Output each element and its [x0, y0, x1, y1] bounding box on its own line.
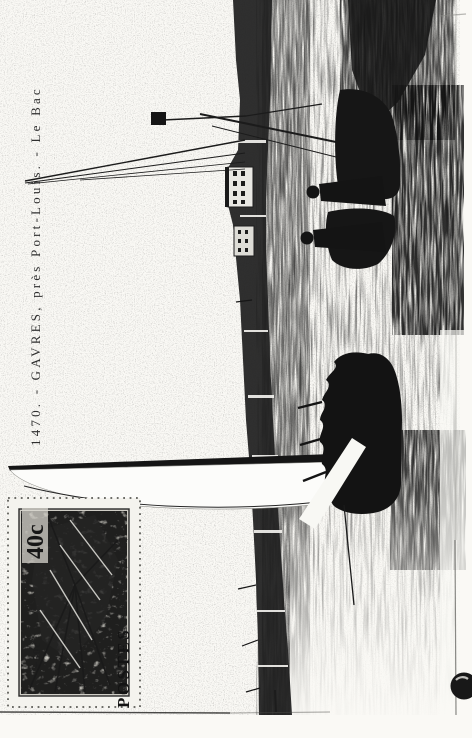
postcard-scan: 1470. - GAVRES, près Port-Louis. - Le Ba…	[0, 0, 472, 738]
caption-text: 1470. - GAVRES, près Port-Louis. - Le Ba…	[28, 86, 43, 446]
postcard-photo: 1470. - GAVRES, près Port-Louis. - Le Ba…	[0, 0, 472, 738]
building-with-windows	[225, 167, 253, 207]
postage-stamp: 40c +50c POSTES LA MARSEILLAISE (RUDE)	[8, 498, 140, 708]
mast-flag	[151, 112, 166, 125]
stamp-denomination: 40c	[23, 524, 49, 559]
stamp-surtax: +50c	[31, 642, 43, 668]
stamp-title: LA MARSEILLAISE (RUDE)	[119, 536, 128, 654]
building-small	[234, 226, 254, 256]
